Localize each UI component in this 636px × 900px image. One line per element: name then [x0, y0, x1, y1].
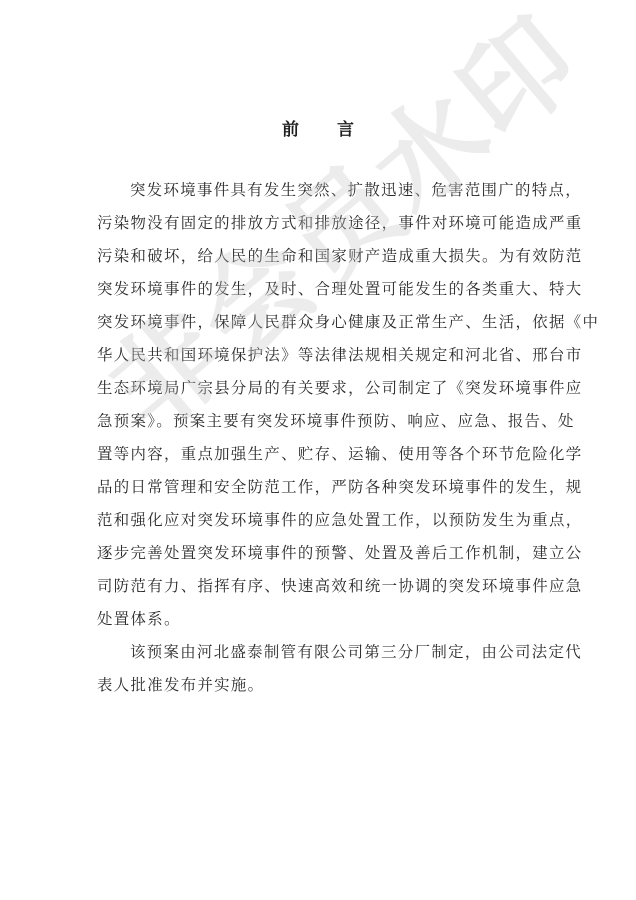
text-line: 急预案》。预案主要有突发环境事件预防、响应、应急、报告、处 — [97, 409, 545, 442]
text-line: 污染和破坏，给人民的生命和国家财产造成重大损失。为有效防范 — [97, 244, 545, 277]
title-char-1: 前 — [282, 115, 299, 140]
text-line: 品的日常管理和安全防范工作，严防各种突发环境事件的发生，规 — [97, 475, 545, 508]
text-line: 表人批准发布并实施。 — [97, 673, 545, 706]
page-title: 前言 — [0, 115, 636, 140]
body-text: 突发环境事件具有发生突然、扩散迅速、危害范围广的特点， 污染物没有固定的排放方式… — [97, 178, 545, 706]
text-line: 污染物没有固定的排放方式和排放途径，事件对环境可能造成严重 — [97, 211, 545, 244]
text-line: 逐步完善处置突发环境事件的预警、处置及善后工作机制，建立公 — [97, 541, 545, 574]
paragraph-1: 突发环境事件具有发生突然、扩散迅速、危害范围广的特点， 污染物没有固定的排放方式… — [97, 178, 545, 640]
text-line: 该预案由河北盛泰制管有限公司第三分厂制定，由公司法定代 — [97, 640, 545, 673]
text-line: 生态环境局广宗县分局的有关要求，公司制定了《突发环境事件应 — [97, 376, 545, 409]
text-line: 突发环境事件具有发生突然、扩散迅速、危害范围广的特点， — [97, 178, 545, 211]
title-char-2: 言 — [337, 115, 354, 140]
text-line: 突发环境事件的发生，及时、合理处置可能发生的各类重大、特大 — [97, 277, 545, 310]
paragraph-2: 该预案由河北盛泰制管有限公司第三分厂制定，由公司法定代 表人批准发布并实施。 — [97, 640, 545, 706]
text-line: 突发环境事件，保障人民群众身心健康及正常生产、生活，依据《中 — [97, 310, 545, 343]
document-page: 前言 突发环境事件具有发生突然、扩散迅速、危害范围广的特点， 污染物没有固定的排… — [0, 0, 636, 900]
text-line: 置等内容，重点加强生产、贮存、运输、使用等各个环节危险化学 — [97, 442, 545, 475]
text-line: 司防范有力、指挥有序、快速高效和统一协调的突发环境事件应急 — [97, 574, 545, 607]
text-line: 处置体系。 — [97, 607, 545, 640]
text-line: 华人民共和国环境保护法》等法律法规相关规定和河北省、邢台市 — [97, 343, 545, 376]
text-line: 范和强化应对突发环境事件的应急处置工作，以预防发生为重点， — [97, 508, 545, 541]
